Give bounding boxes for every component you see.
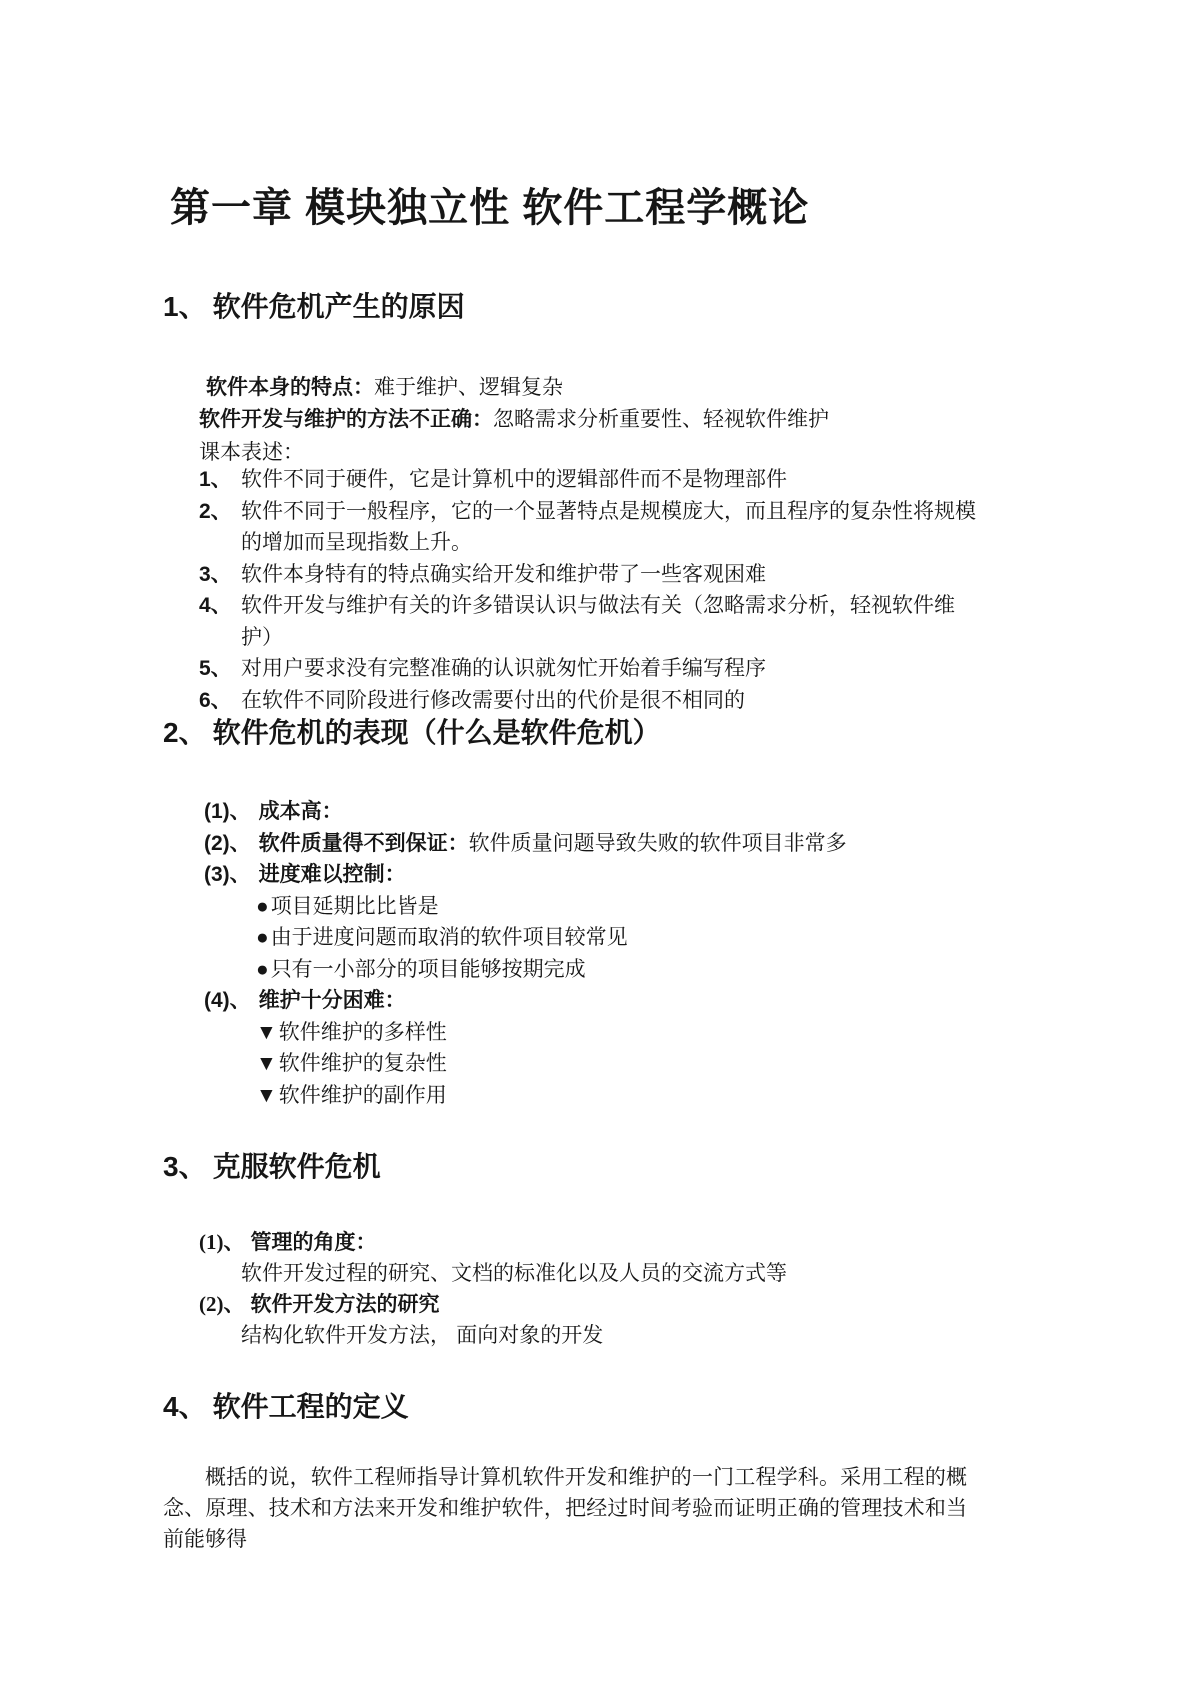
list-item-text: 软件开发与维护有关的许多错误认识与做法有关（忽略需求分析，轻视软件维护） (241, 590, 976, 653)
bullet-item: ●只有一小部分的项目能够按期完成 (204, 954, 994, 986)
bullet-item: ●项目延期比比皆是 (204, 891, 994, 923)
list-item-text: 软件质量问题导致失败的软件项目非常多 (469, 831, 847, 855)
list-item-text: 软件本身特有的特点确实给开发和维护带了一些客观困难 (241, 559, 976, 591)
list-item-label: 软件质量得不到保证： (259, 832, 469, 855)
list-item: (1)、成本高： (204, 796, 994, 828)
s1-cause-1-label: 软件本身的特点： (206, 376, 374, 399)
list-item-number: (2)、 (204, 832, 251, 855)
list-item-number: (2)、 (199, 1292, 245, 1316)
bullet-item: ▼软件维护的多样性 (204, 1017, 994, 1049)
list-item-text: 软件不同于一般程序，它的一个显著特点是规模庞大，而且程序的复杂性将规模的增加而呈… (241, 496, 976, 559)
s4-definition-paragraph: 概括的说，软件工程师指导计算机软件开发和维护的一门工程学科。采用工程的概念、原理… (163, 1462, 967, 1555)
list-item: 2、 软件不同于一般程序，它的一个显著特点是规模庞大，而且程序的复杂性将规模的增… (199, 496, 989, 559)
section-2-number: 2、 (163, 717, 207, 748)
bullet-item-text: 项目延期比比皆是 (271, 894, 439, 918)
section-3-heading: 3、克服软件危机 (163, 1148, 381, 1187)
s1-cause-2-text: 忽略需求分析重要性、轻视软件维护 (493, 407, 829, 431)
bullet-item: ▼软件维护的复杂性 (204, 1048, 994, 1080)
s1-cause-line-1: 软件本身的特点：难于维护、逻辑复杂 (206, 371, 563, 404)
list-item-text: 软件不同于硬件，它是计算机中的逻辑部件而不是物理部件 (241, 464, 976, 496)
bullet-item: ▼软件维护的副作用 (204, 1080, 994, 1112)
section-1-title: 软件危机产生的原因 (213, 292, 465, 323)
bullet-item: ●由于进度问题而取消的软件项目较常见 (204, 922, 994, 954)
list-item: 1、 软件不同于硬件，它是计算机中的逻辑部件而不是物理部件 (199, 464, 989, 496)
bullet-item-text: 软件维护的多样性 (279, 1020, 447, 1044)
list-item-number: 5、 (199, 653, 241, 685)
section-4-heading: 4、软件工程的定义 (163, 1388, 409, 1427)
list-item-number: 1、 (199, 464, 241, 496)
list-item-number: (1)、 (199, 1230, 245, 1254)
list-item-number: 6、 (199, 685, 241, 717)
list-item-label: 管理的角度： (251, 1231, 377, 1254)
list-item-label: 进度难以控制： (259, 863, 406, 886)
s1-cause-1-text: 难于维护、逻辑复杂 (374, 375, 563, 399)
bullet-circle-icon: ● (256, 925, 269, 949)
document-page: 第一章 模块独立性 软件工程学概论 1、软件危机产生的原因 软件本身的特点：难于… (0, 0, 1190, 1683)
bullet-triangle-icon: ▼ (256, 1083, 277, 1107)
list-item: 5、 对用户要求没有完整准确的认识就匆忙开始着手编写程序 (199, 653, 989, 685)
s1-cause-2-label: 软件开发与维护的方法不正确： (199, 408, 493, 431)
section-1-heading: 1、软件危机产生的原因 (163, 288, 465, 327)
list-item: (2)、软件质量得不到保证：软件质量问题导致失败的软件项目非常多 (204, 828, 994, 860)
section-3-number: 3、 (163, 1151, 207, 1182)
s1-numbered-list: 1、 软件不同于硬件，它是计算机中的逻辑部件而不是物理部件 2、 软件不同于一般… (199, 464, 989, 716)
list-item-number: 2、 (199, 496, 241, 559)
section-1-number: 1、 (163, 291, 207, 322)
list-item-number: (1)、 (204, 800, 251, 823)
list-item-subtext: 结构化软件开发方法， 面向对象的开发 (199, 1320, 989, 1351)
list-item-number: (4)、 (204, 989, 251, 1012)
bullet-triangle-icon: ▼ (256, 1051, 277, 1075)
section-2-title: 软件危机的表现（什么是软件危机） (213, 718, 661, 749)
list-item: 4、 软件开发与维护有关的许多错误认识与做法有关（忽略需求分析，轻视软件维护） (199, 590, 989, 653)
list-item-text: 对用户要求没有完整准确的认识就匆忙开始着手编写程序 (241, 653, 976, 685)
section-4-number: 4、 (163, 1391, 207, 1422)
bullet-circle-icon: ● (256, 957, 269, 981)
list-item: (1)、管理的角度： (199, 1227, 989, 1258)
bullet-item-text: 只有一小部分的项目能够按期完成 (271, 957, 586, 981)
list-item-number: (3)、 (204, 863, 251, 886)
s2-manifestation-list: (1)、成本高： (2)、软件质量得不到保证：软件质量问题导致失败的软件项目非常… (204, 796, 994, 1111)
list-item-label: 软件开发方法的研究 (251, 1293, 440, 1316)
bullet-item-text: 软件维护的副作用 (279, 1083, 447, 1107)
list-item: (2)、软件开发方法的研究 (199, 1289, 989, 1320)
bullet-triangle-icon: ▼ (256, 1020, 277, 1044)
list-item: 6、 在软件不同阶段进行修改需要付出的代价是很不相同的 (199, 685, 989, 717)
list-item-label: 维护十分困难： (259, 989, 406, 1012)
bullet-item-text: 软件维护的复杂性 (279, 1051, 447, 1075)
s3-overcome-list: (1)、管理的角度： 软件开发过程的研究、文档的标准化以及人员的交流方式等 (2… (199, 1227, 989, 1351)
section-4-title: 软件工程的定义 (213, 1392, 409, 1423)
section-2-heading: 2、软件危机的表现（什么是软件危机） (163, 714, 661, 753)
bullet-circle-icon: ● (256, 894, 269, 918)
list-item-number: 3、 (199, 559, 241, 591)
section-3-title: 克服软件危机 (213, 1152, 381, 1183)
page-title: 第一章 模块独立性 软件工程学概论 (170, 182, 809, 234)
list-item-label: 成本高： (259, 800, 343, 823)
bullet-item-text: 由于进度问题而取消的软件项目较常见 (271, 925, 628, 949)
list-item-text: 在软件不同阶段进行修改需要付出的代价是很不相同的 (241, 685, 976, 717)
list-item: (3)、进度难以控制： (204, 859, 994, 891)
list-item-number: 4、 (199, 590, 241, 653)
list-item: (4)、维护十分困难： (204, 985, 994, 1017)
list-item-subtext: 软件开发过程的研究、文档的标准化以及人员的交流方式等 (199, 1258, 989, 1289)
s1-cause-line-2: 软件开发与维护的方法不正确：忽略需求分析重要性、轻视软件维护 (199, 403, 829, 436)
list-item: 3、 软件本身特有的特点确实给开发和维护带了一些客观困难 (199, 559, 989, 591)
